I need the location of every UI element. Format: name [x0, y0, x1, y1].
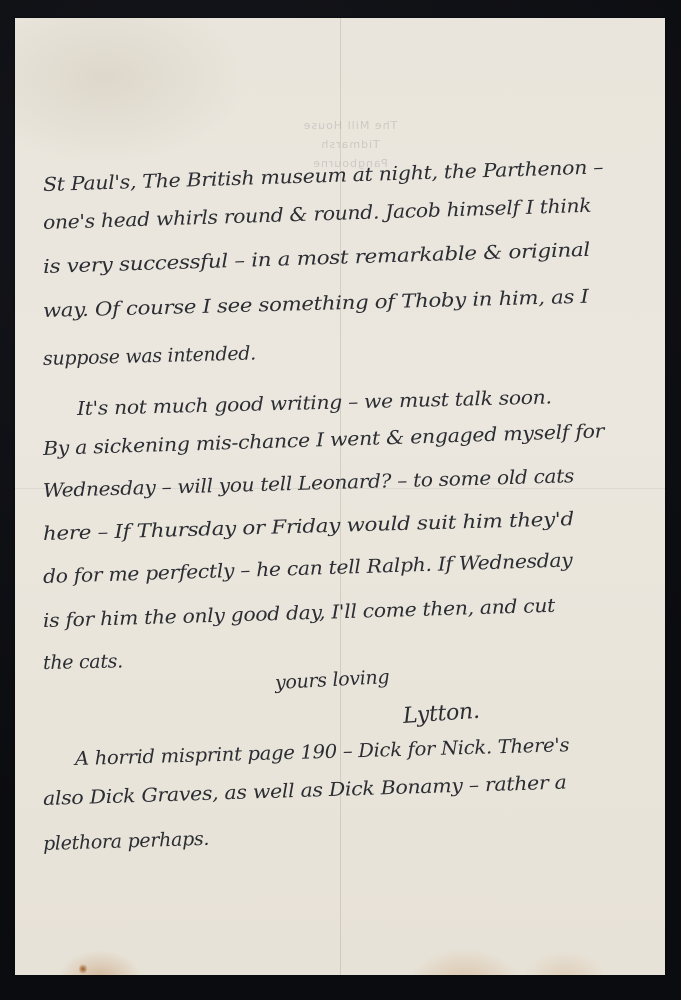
letter-line: By a sickening mis-chance I went & engag… [43, 420, 605, 460]
letter-line: here – If Thursday or Friday would suit … [43, 508, 574, 545]
postscript-line: plethora perhaps. [43, 828, 210, 855]
letter-line: the cats. [43, 650, 123, 674]
letter-line: one's head whirls round & round. Jacob h… [43, 195, 592, 234]
letter-closing: yours loving [274, 666, 389, 694]
letter-line: way. Of course I see something of Thoby … [43, 286, 589, 322]
letter-sheet: The Mill House Tidmarsh Pangbourne St Pa… [15, 18, 665, 975]
letterhead-line: The Mill House [260, 116, 440, 135]
postscript-line: also Dick Graves, as well as Dick Bonamy… [43, 772, 567, 810]
letter-signature: Lytton. [402, 699, 480, 729]
foxing-stain [79, 963, 87, 975]
letter-line: do for me perfectly – he can tell Ralph.… [43, 549, 573, 588]
postscript-line: A horrid misprint page 190 – Dick for Ni… [75, 734, 570, 770]
letter-line: is very successful – in a most remarkabl… [43, 239, 591, 278]
letterhead-line: Tidmarsh [260, 135, 440, 154]
letter-line: suppose was intended. [43, 342, 256, 370]
letter-line: Wednesday – will you tell Leonard? – to … [43, 465, 575, 502]
letter-line: is for him the only good day, I'll come … [43, 595, 556, 632]
letter-line: It's not much good writing – we must tal… [77, 386, 552, 420]
